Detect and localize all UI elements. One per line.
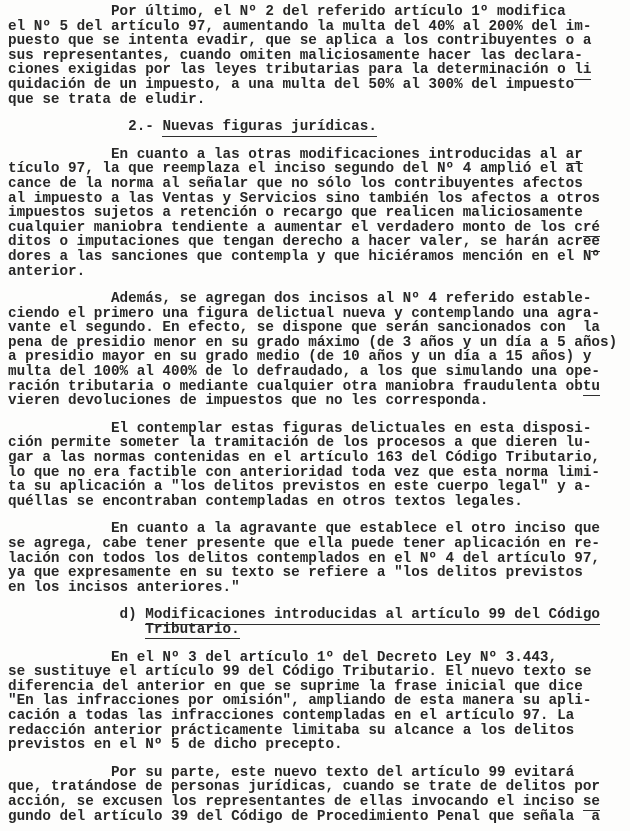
text-segment: cación a todas las infracciones contempl… [8, 708, 574, 724]
text-segment: que se trata de eludir. [8, 92, 205, 108]
text-line: multa del 100% al 400% de lo defraudado,… [8, 365, 626, 380]
text-segment: se sustituye el artículo 99 del Código T… [8, 664, 591, 680]
text-segment: Además, se agregan dos incisos al Nº 4 r… [8, 291, 591, 307]
text-line: 2.- Nuevas figuras jurídicas. [8, 120, 626, 135]
text-line: que se trata de eludir. [8, 93, 626, 108]
text-segment: ración tributaria o mediante cualquier o… [8, 379, 583, 395]
text-segment: pena de presidio menor en su grado máxim… [8, 335, 617, 351]
text-segment: 2.- [8, 119, 162, 135]
text-segment: Por último, el Nº 2 del referido artícul… [8, 4, 566, 20]
text-segment: El contemplar estas figuras delictuales … [8, 421, 591, 437]
text-line: ciendo el primero una figura delictual n… [8, 307, 626, 322]
text-line: ta su aplicación a "los delitos previsto… [8, 480, 626, 495]
text-segment: lación con todos los delitos contemplado… [8, 551, 600, 567]
text-line: sus representantes, cuando omiten malici… [8, 49, 626, 64]
text-segment: ción permite someter la tramitación de l… [8, 435, 591, 451]
text-segment: Por su parte, este nuevo texto del artíc… [8, 765, 574, 781]
paragraph-dos-incisos-agregados-n4: Además, se agregan dos incisos al Nº 4 r… [8, 292, 626, 409]
text-segment: impuestos sujetos a retención o recargo … [8, 205, 583, 221]
text-line: anterior. [8, 265, 626, 280]
text-line: a presidio mayor en su grado medio (de 1… [8, 350, 626, 365]
text-line: al impuesto a las Ventas y Servicios sin… [8, 192, 626, 207]
text-line: dores a las sanciones que contempla y qu… [8, 250, 626, 265]
text-line: ditos o imputaciones que tengan derecho … [8, 235, 626, 250]
text-segment: el Nº 5 del artículo 97, aumentando la m… [8, 19, 591, 35]
text-line: previstos en el Nº 5 de dicho precepto. [8, 738, 626, 753]
text-line: vieren devoluciones de impuestos que no … [8, 394, 626, 409]
underlined-text: Tributario. [145, 622, 239, 640]
text-line: se sustituye el artículo 99 del Código T… [8, 665, 626, 680]
text-segment: anterior. [8, 264, 85, 280]
text-line: "En las infracciones por omisión", ampli… [8, 694, 626, 709]
text-segment: quéllas se encontraban contempladas en o… [8, 494, 523, 510]
paragraph-sustitucion-articulo-99: En el Nº 3 del artículo 1º del Decreto L… [8, 651, 626, 753]
text-line: ración tributaria o mediante cualquier o… [8, 380, 626, 395]
text-line: acción, se excusen los representantes de… [8, 795, 626, 810]
text-segment: al impuesto a las Ventas y Servicios sin… [8, 191, 600, 207]
underlined-text: Nuevas figuras jurídicas. [162, 119, 377, 137]
text-line: que, tratándose de personas jurídicas, c… [8, 780, 626, 795]
paragraph-personas-juridicas-articulo-39: Por su parte, este nuevo texto del artíc… [8, 766, 626, 824]
text-segment: acción, se excusen los representantes de… [8, 794, 583, 810]
text-segment [8, 622, 145, 638]
paragraph-agravante-otro-inciso: En cuanto a la agravante que establece e… [8, 522, 626, 595]
text-line: gundo del artículo 39 del Código de Proc… [8, 810, 626, 825]
text-segment: gundo del artículo 39 del Código de Proc… [8, 809, 600, 825]
text-segment: tículo 97, la que reemplaza el inciso se… [8, 161, 583, 177]
text-line: cualquier maniobra tendiente a aumentar … [8, 221, 626, 236]
text-line: En el Nº 3 del artículo 1º del Decreto L… [8, 651, 626, 666]
text-line: gar a las normas contenidas en el artícu… [8, 451, 626, 466]
text-line: Además, se agregan dos incisos al Nº 4 r… [8, 292, 626, 307]
text-line: pena de presidio menor en su grado máxim… [8, 336, 626, 351]
text-segment: cualquier maniobra tendiente a aumentar … [8, 220, 583, 236]
text-segment: redacción anterior prácticamente limitab… [8, 723, 574, 739]
text-line: ciones exigidas por las leyes tributaria… [8, 63, 626, 78]
text-line: En cuanto a la agravante que establece e… [8, 522, 626, 537]
text-segment: "En las infracciones por omisión", ampli… [8, 693, 591, 709]
text-segment: en los incisos anteriores." [8, 580, 240, 596]
paragraph-multa-art97-n5: Por último, el Nº 2 del referido artícul… [8, 5, 626, 107]
text-segment: En el Nº 3 del artículo 1º del Decreto L… [8, 650, 557, 666]
document-page: Por último, el Nº 2 del referido artícul… [0, 0, 630, 831]
heading-nuevas-figuras-juridicas: 2.- Nuevas figuras jurídicas. [8, 120, 626, 135]
text-segment: dores a las sanciones que contempla y qu… [8, 249, 600, 265]
text-line: tículo 97, la que reemplaza el inciso se… [8, 162, 626, 177]
text-line: quidación de un impuesto, a una multa de… [8, 78, 626, 93]
text-line: El contemplar estas figuras delictuales … [8, 422, 626, 437]
text-segment: se agrega, cabe tener presente que ella … [8, 536, 600, 552]
text-segment: que, tratándose de personas jurídicas, c… [8, 779, 600, 795]
text-line: cación a todas las infracciones contempl… [8, 709, 626, 724]
text-line: d) Modificaciones introducidas al artícu… [8, 608, 626, 623]
text-segment: vieren devoluciones de impuestos que no … [8, 393, 488, 409]
text-line: en los incisos anteriores." [8, 581, 626, 596]
text-segment: ciones exigidas por las leyes tributaria… [8, 62, 574, 78]
text-segment: diferencia del anterior en que se suprim… [8, 679, 583, 695]
underlined-text: tu [583, 379, 600, 397]
text-segment: ya que expresamente en su texto se refie… [8, 565, 583, 581]
text-segment: cance de la norma al señalar que no sólo… [8, 176, 583, 192]
text-segment: vante el segundo. En efecto, se dispone … [8, 320, 600, 336]
text-line: Tributario. [8, 623, 626, 638]
paragraph-tramitacion-articulo-163: El contemplar estas figuras delictuales … [8, 422, 626, 510]
text-line: lo que no era factible con anterioridad … [8, 466, 626, 481]
text-line: ción permite someter la tramitación de l… [8, 436, 626, 451]
text-line: vante el segundo. En efecto, se dispone … [8, 321, 626, 336]
text-line: ya que expresamente en su texto se refie… [8, 566, 626, 581]
text-segment: previstos en el Nº 5 de dicho precepto. [8, 737, 343, 753]
text-segment: En cuanto a la agravante que establece e… [8, 521, 600, 537]
text-line: el Nº 5 del artículo 97, aumentando la m… [8, 20, 626, 35]
text-segment: gar a las normas contenidas en el artícu… [8, 450, 600, 466]
text-segment: sus representantes, cuando omiten malici… [8, 48, 583, 64]
text-line: diferencia del anterior en que se suprim… [8, 680, 626, 695]
text-segment: ta su aplicación a "los delitos previsto… [8, 479, 591, 495]
paragraph-modificaciones-inciso-segundo-n4: En cuanto a las otras modificaciones int… [8, 148, 626, 279]
text-segment: a presidio mayor en su grado medio (de 1… [8, 349, 591, 365]
text-line: En cuanto a las otras modificaciones int… [8, 148, 626, 163]
text-line: puesto que se intenta evadir, que se apl… [8, 34, 626, 49]
text-segment: ditos o imputaciones que tengan derecho … [8, 234, 591, 250]
text-line: se agrega, cabe tener presente que ella … [8, 537, 626, 552]
text-line: impuestos sujetos a retención o recargo … [8, 206, 626, 221]
text-segment: ciendo el primero una figura delictual n… [8, 306, 600, 322]
text-line: Por su parte, este nuevo texto del artíc… [8, 766, 626, 781]
text-segment: d) [8, 607, 145, 623]
text-segment: multa del 100% al 400% de lo defraudado,… [8, 364, 600, 380]
text-line: redacción anterior prácticamente limitab… [8, 724, 626, 739]
underlined-text: li [574, 62, 591, 80]
text-segment: lo que no era factible con anterioridad … [8, 465, 600, 481]
text-line: Por último, el Nº 2 del referido artícul… [8, 5, 626, 20]
text-segment: En cuanto a las otras modificaciones int… [8, 147, 566, 163]
text-segment: quidación de un impuesto, a una multa de… [8, 77, 574, 93]
heading-modificaciones-articulo-99: d) Modificaciones introducidas al artícu… [8, 608, 626, 637]
text-line: lación con todos los delitos contemplado… [8, 552, 626, 567]
text-line: quéllas se encontraban contempladas en o… [8, 495, 626, 510]
text-segment: puesto que se intenta evadir, que se apl… [8, 33, 591, 49]
text-line: cance de la norma al señalar que no sólo… [8, 177, 626, 192]
